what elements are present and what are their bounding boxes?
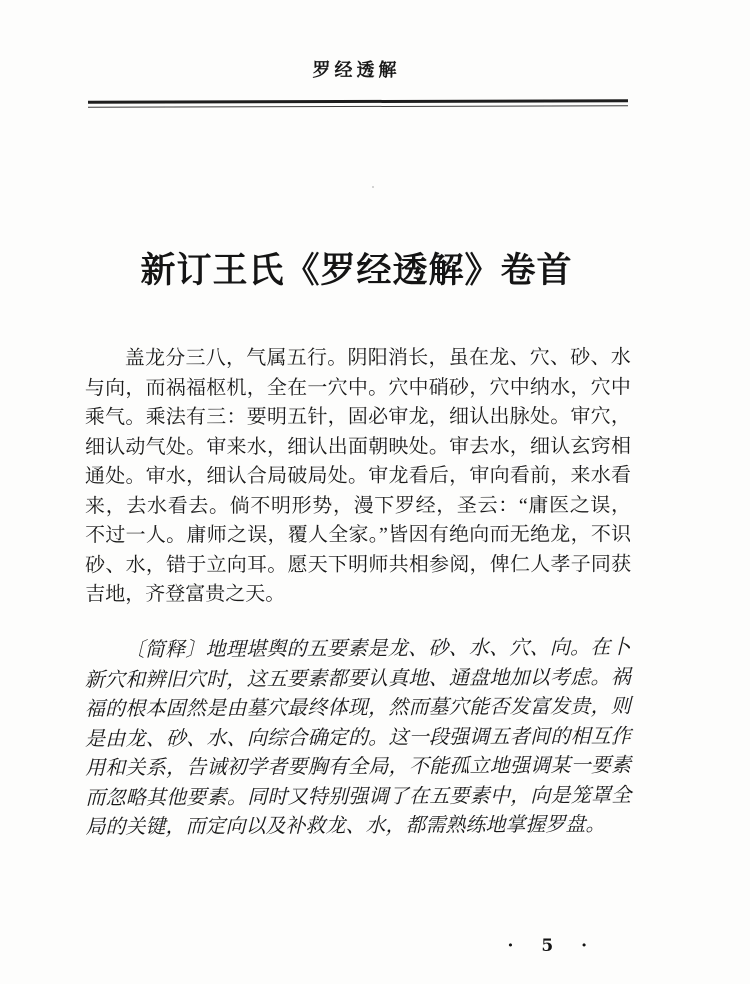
paragraph-original-text: 盖龙分三八，气属五行。阴阳消长，虽在龙、穴、砂、水与向，而祸福枢机，全在一穴中。… xyxy=(85,344,631,610)
running-header: 罗经透解 xyxy=(85,56,628,82)
scan-speck xyxy=(612,742,615,745)
paragraph-annotation: 〔简释〕地理堪舆的五要素是龙、砂、水、穴、向。在卜新穴和辨旧穴时，这五要素都要认… xyxy=(84,633,631,842)
page-number: · 5 · xyxy=(85,936,598,956)
header-double-rule xyxy=(88,99,628,107)
scanned-book-page: 罗经透解 新订王氏《罗经透解》卷首 盖龙分三八，气属五行。阴阳消长，虽在龙、穴、… xyxy=(0,0,750,984)
scan-speck xyxy=(372,186,374,188)
chapter-title: 新订王氏《罗经透解》卷首 xyxy=(85,243,628,293)
